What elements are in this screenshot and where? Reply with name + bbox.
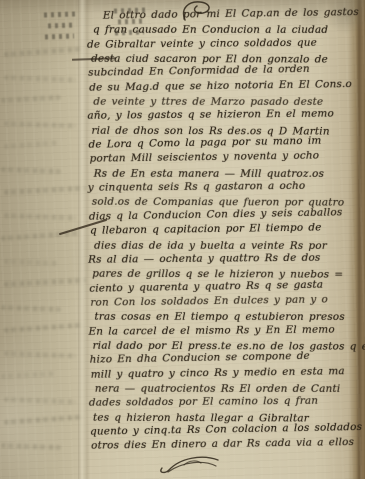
stamp-mark-row bbox=[45, 33, 74, 39]
faint-stamp-marks bbox=[44, 12, 76, 45]
bleedthrough-line bbox=[4, 278, 86, 287]
bleedthrough-line bbox=[4, 186, 86, 195]
bleedthrough-line bbox=[1, 167, 61, 174]
manuscript-line: de su Mag.d que se hizo notoria En El Co… bbox=[89, 77, 359, 95]
manuscript-line: En la carcel de el mismo Rs y En El memo bbox=[88, 322, 360, 339]
bleedthrough-line bbox=[4, 351, 76, 359]
bleedthrough-line bbox=[4, 397, 76, 405]
bleedthrough-line bbox=[1, 305, 61, 312]
stamp-mark-row bbox=[48, 23, 74, 29]
manuscript-line: portan Mill seiscientos y noventa y ocho bbox=[90, 148, 360, 166]
manuscript-line: q llebaron q capitacion por El tiempo de bbox=[90, 220, 360, 238]
manuscript-line: y cinquenta seis Rs q gastaron a ocho bbox=[88, 178, 360, 195]
manuscript-line: Rs al dia — ochenta y quattro Rs de dos bbox=[88, 250, 360, 267]
manuscript-line: dades soldados por El camino los q fran bbox=[89, 394, 361, 411]
manuscript-line: de Gibraltar veinte y cinco soldados que bbox=[87, 35, 359, 52]
bleedthrough-line bbox=[4, 46, 84, 57]
bleedthrough-line bbox=[1, 95, 61, 103]
bleedthrough-line bbox=[4, 322, 84, 333]
stamp-mark-row bbox=[44, 11, 76, 17]
bleedthrough-line bbox=[4, 414, 84, 425]
bleedthrough-line bbox=[4, 259, 58, 266]
manuscript-page: El ottro dado por mi El Cap.an de los ga… bbox=[0, 0, 365, 479]
manuscript-line: mill y quatro y cinco Rs y medio en esta… bbox=[91, 364, 361, 382]
manuscript-line: El ottro dado por mi El Cap.an de los ga… bbox=[103, 5, 359, 23]
handwritten-text-block: El ottro dado por mi El Cap.an de los ga… bbox=[87, 7, 361, 453]
bleedthrough-line bbox=[1, 371, 55, 379]
bleedthrough-line bbox=[4, 75, 76, 83]
rubric-flourish-bottom-icon bbox=[156, 451, 230, 477]
manuscript-line: ron Con los soldados En dulces y pan y o bbox=[90, 292, 360, 310]
bleedthrough-line bbox=[4, 121, 76, 129]
bleedthrough-line bbox=[1, 443, 61, 450]
manuscript-line: año, y los gastos q se hizieron En el me… bbox=[87, 107, 359, 124]
bleedthrough-line bbox=[4, 140, 58, 149]
bleedthrough-text-gutter bbox=[0, 52, 86, 472]
